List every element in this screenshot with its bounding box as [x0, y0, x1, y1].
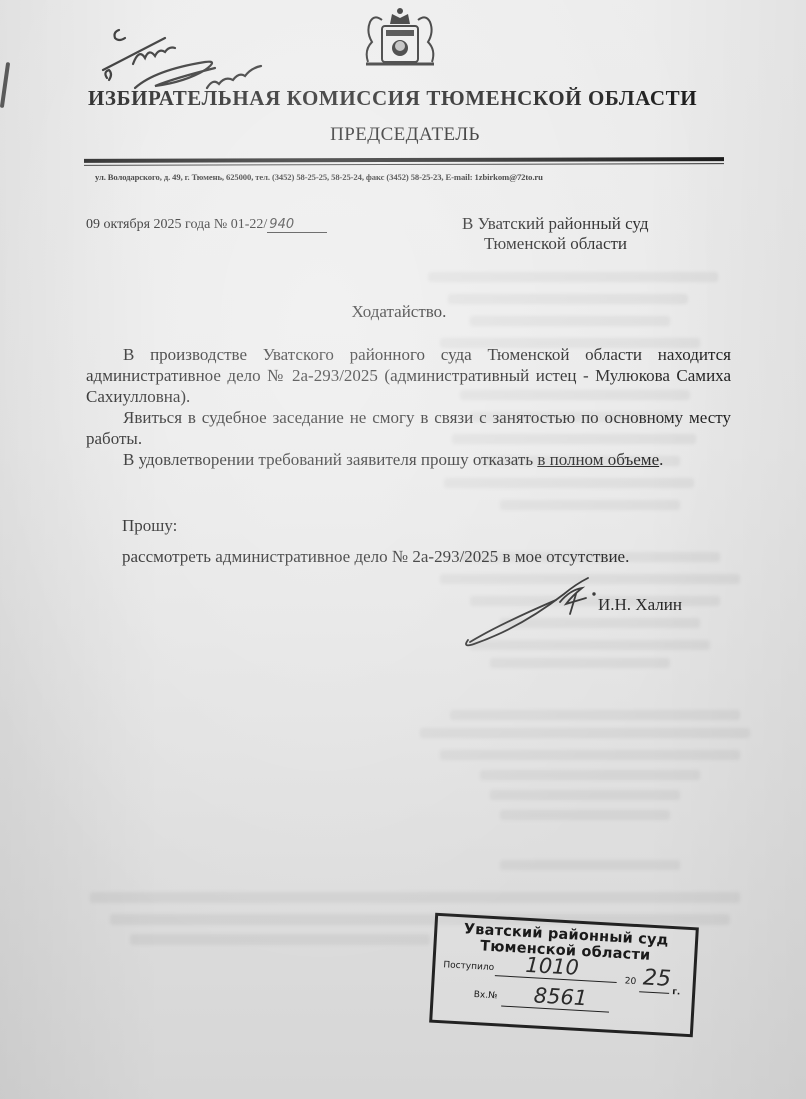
- paragraph-3-text: В удовлетворении требований заявителя пр…: [123, 450, 537, 469]
- scanned-document-page: ИЗБИРАТЕЛЬНАЯ КОМИССИЯ ТЮМЕНСКОЙ ОБЛАСТИ…: [0, 0, 806, 1099]
- addressee-line-1: В Уватский районный суд: [462, 214, 649, 234]
- court-receipt-stamp: Уватский районный суд Тюменской области …: [429, 913, 699, 1038]
- outgoing-date-number: 09 октября 2025 года № 01-22/: [86, 217, 267, 232]
- position-title-text: ПРЕДСЕДАТЕЛЬ: [330, 124, 480, 146]
- organization-name: ИЗБИРАТЕЛЬНАЯ КОМИССИЯ ТЮМЕНСКОЙ ОБЛАСТИ: [88, 86, 728, 111]
- tyumen-oblast-coat-of-arms-icon: [352, 2, 448, 70]
- stamp-year-value: 25: [642, 965, 671, 992]
- handwritten-signature: [460, 574, 610, 650]
- paragraph-3-end: .: [659, 450, 663, 469]
- document-body: В производстве Уватского районного суда …: [86, 344, 731, 470]
- organization-address: ул. Володарского, д. 49, г. Тюмень, 6250…: [95, 172, 735, 182]
- addressee-block: В Уватский районный суд Тюменской област…: [462, 214, 649, 254]
- stamp-incoming-label: Вх.№: [473, 990, 497, 1001]
- stamp-year-suffix: г.: [672, 987, 681, 997]
- request-label: Прошу:: [122, 516, 177, 536]
- letterhead-divider-thin: [84, 163, 724, 166]
- underlined-phrase: в полном объеме: [537, 450, 659, 469]
- addressee-line-2: Тюменской области: [462, 234, 649, 254]
- handwritten-resolution-note: [95, 18, 295, 96]
- outgoing-reference: 09 октября 2025 года № 01-22/940: [86, 217, 327, 233]
- body-paragraph-1: В производстве Уватского районного суда …: [86, 344, 731, 407]
- stamp-incoming-number: 8561: [533, 983, 588, 1010]
- signer-name: И.Н. Халин: [598, 595, 682, 615]
- document-title: Ходатайство.: [0, 302, 806, 322]
- stamp-received-label: Поступило: [443, 960, 494, 973]
- body-paragraph-3: В удовлетворении требований заявителя пр…: [86, 449, 731, 470]
- stamp-received-date: 1010: [525, 953, 580, 980]
- handwritten-outgoing-number: 940: [267, 218, 327, 233]
- stamp-year-prefix: 20: [624, 976, 636, 987]
- document-title-text: Ходатайство.: [352, 302, 447, 322]
- request-text: рассмотреть административное дело № 2а-2…: [122, 547, 629, 567]
- margin-pen-mark: [0, 62, 10, 108]
- letterhead-divider-thick: [84, 157, 724, 163]
- position-title: ПРЕДСЕДАТЕЛЬ: [0, 124, 806, 146]
- body-paragraph-2: Явиться в судебное заседание не смогу в …: [86, 407, 731, 449]
